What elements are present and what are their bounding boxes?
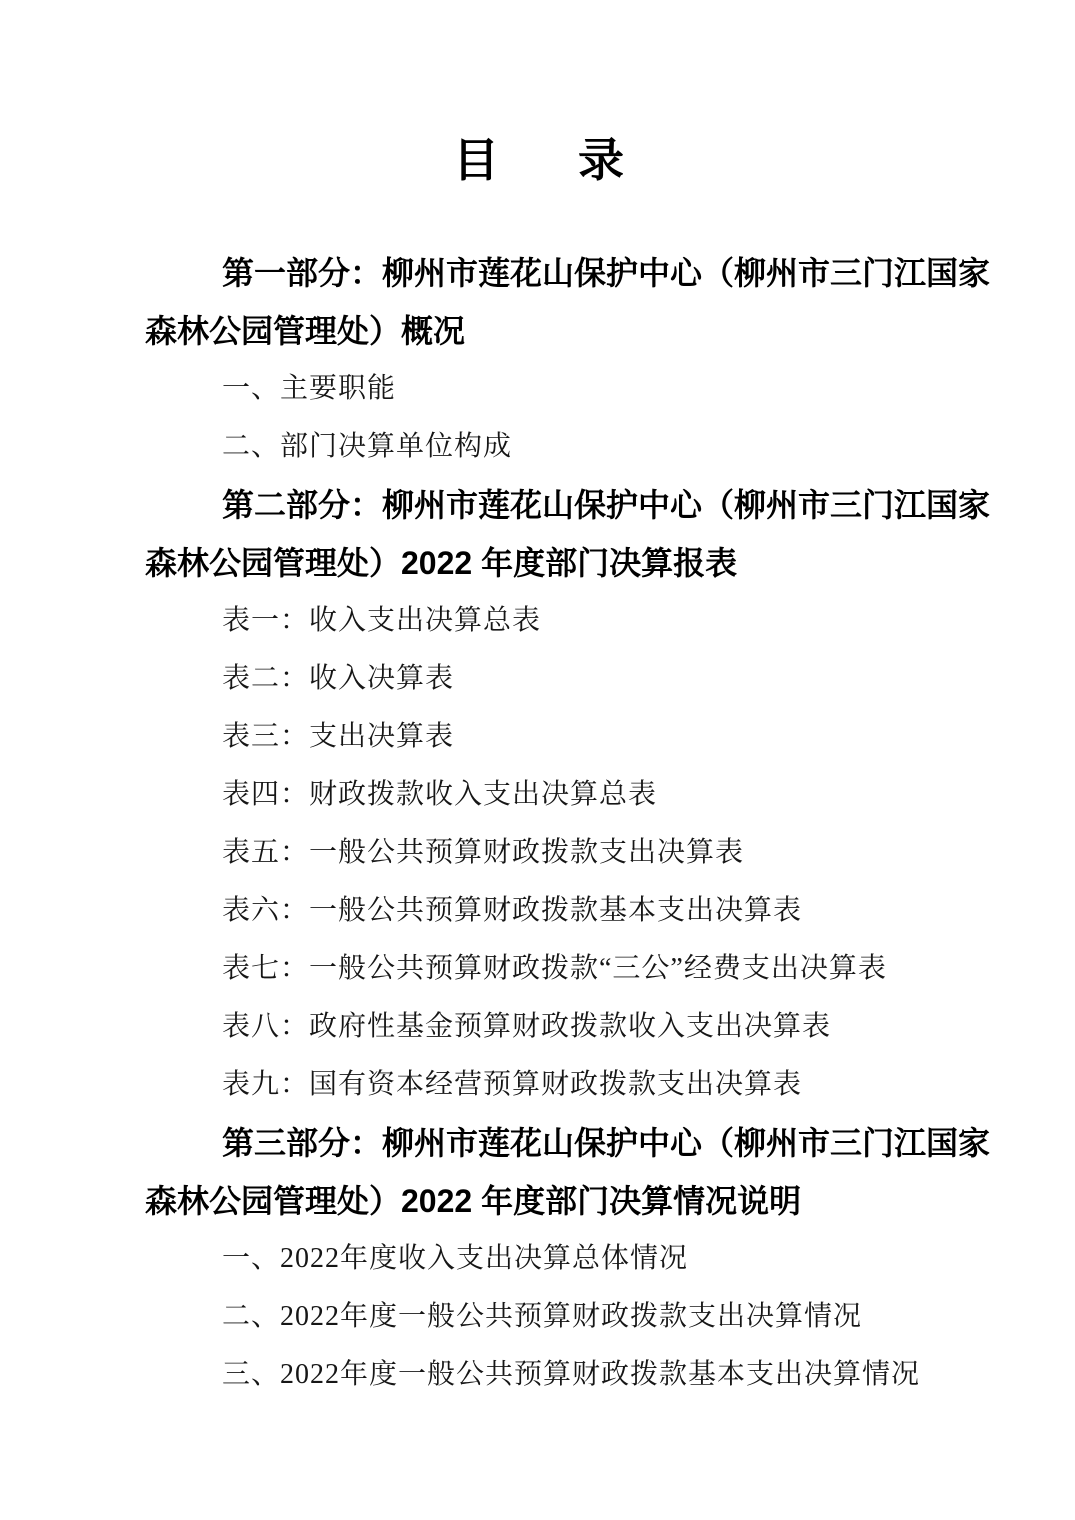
toc-item: 表六：一般公共预算财政拨款基本支出决算表 (145, 882, 932, 940)
toc-item: 表一：收入支出决算总表 (145, 592, 932, 650)
section-3-heading-line-2: 森林公园管理处）2022 年度部门决算情况说明 (145, 1172, 932, 1230)
toc-item: 二、部门决算单位构成 (145, 418, 932, 476)
section-3-heading-line-1: 第三部分：柳州市莲花山保护中心（柳州市三门江国家 (145, 1114, 932, 1172)
toc-item: 表二：收入决算表 (145, 650, 932, 708)
toc-item: 三、2022年度一般公共预算财政拨款基本支出决算情况 (145, 1346, 932, 1404)
section-1-heading-line-1: 第一部分：柳州市莲花山保护中心（柳州市三门江国家 (145, 244, 932, 302)
toc-item: 表八：政府性基金预算财政拨款收入支出决算表 (145, 998, 932, 1056)
toc-item: 表五：一般公共预算财政拨款支出决算表 (145, 824, 932, 882)
title-char-lu: 录 (578, 134, 624, 186)
toc-item: 表九：国有资本经营预算财政拨款支出决算表 (145, 1056, 932, 1114)
page-title: 目录 (145, 130, 932, 190)
section-part-1: 第一部分：柳州市莲花山保护中心（柳州市三门江国家 森林公园管理处）概况 一、主要… (145, 244, 932, 476)
section-part-2: 第二部分：柳州市莲花山保护中心（柳州市三门江国家 森林公园管理处）2022 年度… (145, 476, 932, 1114)
toc-item: 二、2022年度一般公共预算财政拨款支出决算情况 (145, 1288, 932, 1346)
section-2-heading-line-1: 第二部分：柳州市莲花山保护中心（柳州市三门江国家 (145, 476, 932, 534)
toc-page: 目录 第一部分：柳州市莲花山保护中心（柳州市三门江国家 森林公园管理处）概况 一… (0, 0, 1075, 1520)
toc-item: 一、2022年度收入支出决算总体情况 (145, 1230, 932, 1288)
title-char-mu: 目 (453, 134, 499, 186)
toc-item: 表七：一般公共预算财政拨款“三公”经费支出决算表 (145, 940, 932, 998)
section-2-heading-line-2: 森林公园管理处）2022 年度部门决算报表 (145, 534, 932, 592)
section-1-heading-line-2: 森林公园管理处）概况 (145, 302, 932, 360)
toc-item: 表四：财政拨款收入支出决算总表 (145, 766, 932, 824)
toc-item: 表三：支出决算表 (145, 708, 932, 766)
section-part-3: 第三部分：柳州市莲花山保护中心（柳州市三门江国家 森林公园管理处）2022 年度… (145, 1114, 932, 1404)
toc-item: 一、主要职能 (145, 360, 932, 418)
